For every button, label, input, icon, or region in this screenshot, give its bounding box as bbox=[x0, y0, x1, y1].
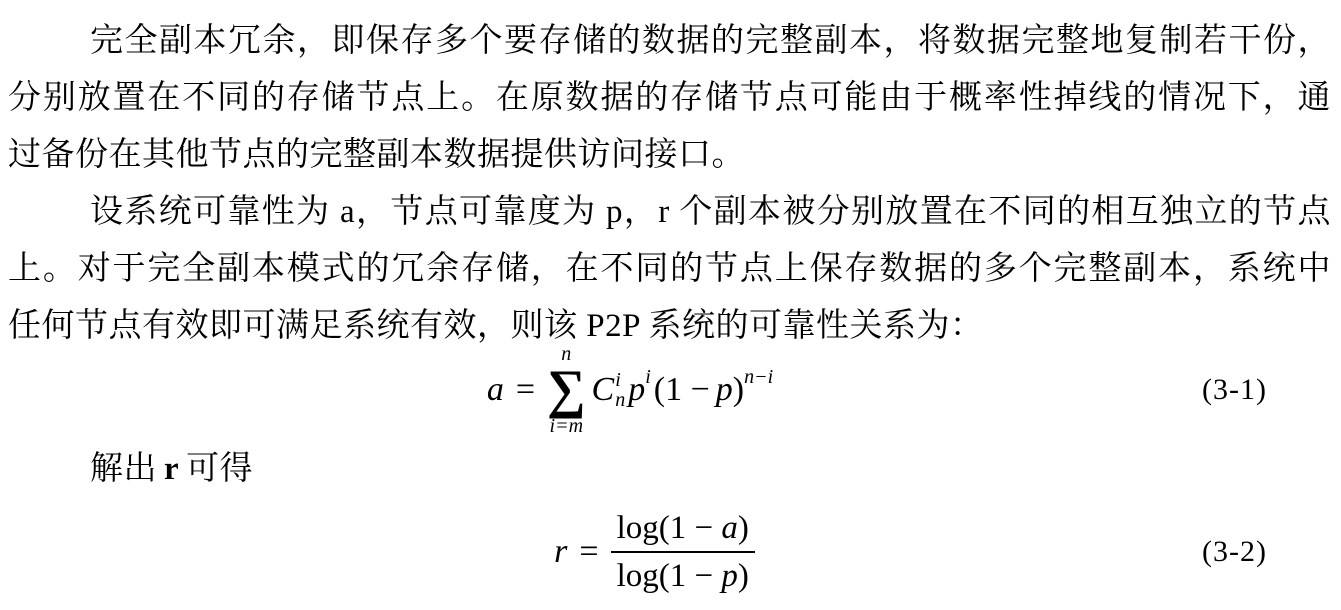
combination-superscript: i bbox=[615, 370, 621, 390]
equation-3-2-row: r=log(1 − a)log(1 − p) (3-2) bbox=[8, 502, 1331, 602]
paragraph1-line2: 分别放置在不同的存储节点上。在原数据的存储节点可能由于概率性掉线的情况下，通 bbox=[8, 70, 1331, 127]
combination-scripts: in bbox=[615, 370, 625, 410]
numerator-log: log(1 − bbox=[617, 510, 714, 546]
p-exponent: i bbox=[645, 366, 651, 389]
equation-number-3-1: (3-1) bbox=[1202, 373, 1267, 407]
denominator-variable: p bbox=[721, 558, 738, 594]
equation-number-3-2: (3-2) bbox=[1202, 535, 1267, 569]
equation-3-1: a=n∑i=mCinpi(1 −p)n−i bbox=[487, 344, 776, 435]
equation-3-2: r=log(1 − a)log(1 − p) bbox=[554, 510, 755, 595]
solve-line: 解出r可得 bbox=[8, 441, 1331, 498]
paren-variable: p bbox=[716, 371, 733, 409]
eq2-equals-sign: = bbox=[579, 533, 598, 571]
denominator-close-paren: ) bbox=[738, 558, 749, 594]
combination-subscript: n bbox=[615, 390, 625, 410]
denominator-log: log(1 − bbox=[617, 558, 714, 594]
numerator-variable: a bbox=[721, 510, 738, 546]
p-term: p bbox=[628, 371, 645, 409]
document-page: 完全副本冗余，即保存多个要存储的数据的完整副本，将数据完整地复制若干份， 分别放… bbox=[0, 0, 1341, 610]
paragraph1-line3: 过备份在其他节点的完整副本数据提供访问接口。 bbox=[8, 127, 1331, 184]
fraction: log(1 − a)log(1 − p) bbox=[611, 510, 755, 595]
fraction-denominator: log(1 − p) bbox=[611, 553, 755, 594]
solve-line-variable: r bbox=[164, 451, 179, 487]
solve-line-pre: 解出 bbox=[90, 451, 157, 487]
eq2-lhs: r bbox=[554, 533, 567, 571]
sum-lower-limit: i=m bbox=[550, 416, 584, 436]
numerator-close-paren: ) bbox=[738, 510, 749, 546]
paragraph2-line1: 设系统可靠性为 a，节点可靠度为 p，r 个副本被分别放置在不同的相互独立的节点 bbox=[8, 184, 1331, 241]
fraction-numerator: log(1 − a) bbox=[611, 510, 755, 553]
sigma-icon: ∑ bbox=[547, 364, 586, 415]
paragraph1-line1: 完全副本冗余，即保存多个要存储的数据的完整副本，将数据完整地复制若干份， bbox=[8, 13, 1331, 70]
paragraph2-line2: 上。对于完全副本模式的冗余存储，在不同的节点上保存数据的多个完整副本，系统中 bbox=[8, 241, 1331, 298]
paren-open-term: (1 − bbox=[654, 371, 710, 409]
paren-exponent: n−i bbox=[744, 366, 773, 389]
equation-3-1-row: a=n∑i=mCinpi(1 −p)n−i (3-1) bbox=[8, 345, 1331, 435]
combination-base: C bbox=[592, 371, 615, 409]
solve-line-post: 可得 bbox=[186, 451, 253, 487]
eq1-lhs: a bbox=[487, 371, 504, 409]
eq1-equals-sign: = bbox=[516, 371, 535, 409]
summation-symbol: n∑i=m bbox=[547, 344, 586, 435]
paren-close-term: ) bbox=[733, 371, 744, 409]
